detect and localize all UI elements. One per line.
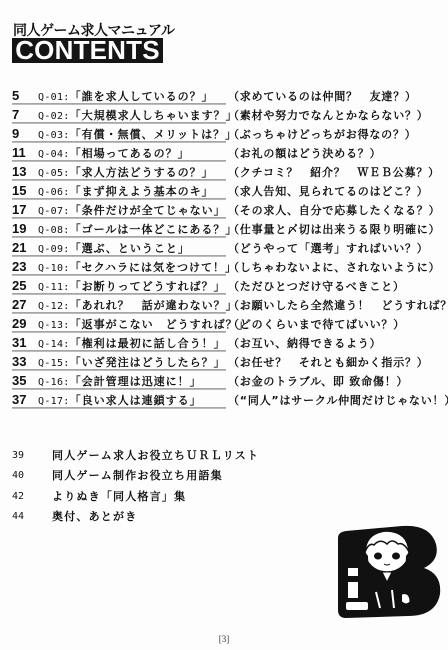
question-title: 「求人方法どうするの？」 [70, 166, 214, 179]
toc-entry[interactable]: 13 Q-05:「求人方法どうするの？」 （クチコミ？ 紹介？ ＷＥＢ公募？） [0, 164, 448, 183]
page-number: 23 [12, 259, 26, 275]
question-description: （素材や努力でなんとかならない？） [228, 108, 429, 123]
question: Q-10:「セクハラには気をつけて！」 [38, 260, 237, 276]
page-number: 44 [12, 509, 24, 525]
page-number: 42 [12, 489, 24, 505]
page-number: 27 [12, 297, 26, 313]
question: Q-02:「大規模求人しちゃいます？」 [38, 108, 238, 124]
toc-entry[interactable]: 7 Q-02:「大規模求人しちゃいます？」 （素材や努力でなんとかならない？） [0, 107, 448, 126]
page-number: 29 [12, 316, 26, 332]
question-description: （お互い、納得できるよう） [228, 336, 381, 351]
question: Q-05:「求人方法どうするの？」 [38, 165, 214, 181]
question-description: （お任せ？ それとも細かく指示？） [228, 355, 429, 370]
question-description: （求人告知、見られてるのはどこ？） [228, 184, 429, 199]
page-number: 33 [12, 354, 26, 370]
page-number: 35 [12, 373, 26, 389]
page-number: 15 [12, 183, 26, 199]
toc-entry[interactable]: 35 Q-16:「会計管理は迅速に！」 （お金のトラブル、即 致命傷！） [0, 373, 448, 392]
toc-entry[interactable]: 17 Q-07:「条件だけが全てじゃない」 （その求人、自分で応募したくなる？） [0, 202, 448, 221]
question-id: Q-15: [38, 358, 70, 369]
question: Q-17:「良い求人は連鎖する」 [38, 393, 202, 409]
question-id: Q-12: [38, 301, 70, 312]
question: Q-07:「条件だけが全てじゃない」 [38, 203, 226, 219]
question-description: （“同人”はサークル仲間だけじゃない！） [228, 393, 448, 408]
question-title: 「良い求人は連鎖する」 [70, 394, 202, 407]
question-description: （しちゃわないよに、されないように） [228, 260, 440, 275]
question-description: （ただひとつだけ守るべきこと） [228, 279, 405, 294]
question-description: （求めているのは仲間？ 友達？） [228, 89, 417, 104]
question-id: Q-07: [38, 206, 70, 217]
page-number: 11 [12, 145, 26, 161]
question-id: Q-04: [38, 149, 70, 160]
question-id: Q-13: [38, 320, 70, 331]
question-id: Q-10: [38, 263, 70, 274]
question-title: 「相場ってあるの？」 [70, 147, 190, 160]
question-title: 「大規模求人しちゃいます？」 [70, 109, 238, 122]
question: Q-13:「返事がこない どうすれば？」 [38, 317, 250, 333]
toc-entry[interactable]: 31 Q-14:「権利は最初に話し合う！」 （お互い、納得できるよう） [0, 335, 448, 354]
page-number: 25 [12, 278, 26, 294]
question-id: Q-02: [38, 111, 70, 122]
question-title: 「ゴールは一体どこにある？」 [70, 223, 238, 236]
question-description: （どのくらいまで待てばいい？） [228, 317, 405, 332]
question-id: Q-17: [38, 396, 70, 407]
question: Q-12:「あれれ？ 話が違わない？」 [38, 298, 238, 314]
page-number: 13 [12, 164, 26, 180]
question-title: 「あれれ？ 話が違わない？」 [70, 299, 238, 312]
question-id: Q-11: [38, 282, 70, 293]
page-number: 21 [12, 240, 26, 256]
appendix-entry[interactable]: 42 よりぬき「同人格言」集 [0, 489, 448, 507]
toc-entry[interactable]: 29 Q-13:「返事がこない どうすれば？」 （どのくらいまで待てばいい？） [0, 316, 448, 335]
question-id: Q-14: [38, 339, 70, 350]
question-description: （仕事量と〆切は出来うる限り明確に） [228, 222, 440, 237]
question-description: （お願いしたら全然違う！ どうすれば？） [228, 298, 448, 313]
page-number: 7 [12, 107, 19, 123]
toc-entry[interactable]: 5 Q-01:「誰を求人しているの？」 （求めているのは仲間？ 友達？） [0, 88, 448, 107]
toc-entry[interactable]: 33 Q-15:「いざ発注はどうしたら？」 （お任せ？ それとも細かく指示？） [0, 354, 448, 373]
appendix-title: 同人ゲーム制作お役立ち用語集 [52, 468, 223, 484]
question-title: 「誰を求人しているの？」 [70, 90, 214, 103]
question-title: 「まず抑えよう基本のキ」 [70, 185, 214, 198]
question: Q-01:「誰を求人しているの？」 [38, 89, 214, 105]
question-description: （どうやって「選考」すればいい？） [228, 241, 429, 256]
question-title: 「セクハラには気をつけて！」 [70, 261, 237, 274]
question-description: （お礼の額はどう決める？） [228, 146, 381, 161]
question-title: 「いざ発注はどうしたら？」 [70, 356, 226, 369]
toc-entry[interactable]: 19 Q-08:「ゴールは一体どこにある？」 （仕事量と〆切は出来うる限り明確に… [0, 221, 448, 240]
question-description: （クチコミ？ 紹介？ ＷＥＢ公募？） [228, 165, 440, 180]
question-title: 「権利は最初に話し合う！」 [70, 337, 226, 350]
question: Q-14:「権利は最初に話し合う！」 [38, 336, 226, 352]
question-title: 「条件だけが全てじゃない」 [70, 204, 226, 217]
question-description: （ぶっちゃけどっちがお得なの？） [228, 127, 417, 142]
toc-entry[interactable]: 11 Q-04:「相場ってあるの？」 （お礼の額はどう決める？） [0, 145, 448, 164]
question: Q-11:「お断りってどうすれば？」 [38, 279, 226, 295]
chibi-character-with-letter-b-icon [332, 520, 444, 622]
question-title: 「返事がこない どうすれば？」 [70, 318, 250, 331]
toc-entry[interactable]: 25 Q-11:「お断りってどうすれば？」 （ただひとつだけ守るべきこと） [0, 278, 448, 297]
appendix-title: 奥付、あとがき [52, 509, 137, 525]
question-id: Q-16: [38, 377, 70, 388]
page-number: 19 [12, 221, 26, 237]
question-id: Q-09: [38, 244, 70, 255]
page-number: 17 [12, 202, 26, 218]
appendix-entry[interactable]: 40 同人ゲーム制作お役立ち用語集 [0, 468, 448, 486]
appendix-title: 同人ゲーム求人お役立ちＵＲＬリスト [52, 448, 259, 464]
question-title: 「有償・無償、メリットは？」 [70, 128, 238, 141]
page-number-footer: [3] [0, 634, 448, 644]
question-id: Q-08: [38, 225, 70, 236]
toc-entry[interactable]: 15 Q-06:「まず抑えよう基本のキ」 （求人告知、見られてるのはどこ？） [0, 183, 448, 202]
question: Q-03:「有償・無償、メリットは？」 [38, 127, 237, 143]
toc-entry[interactable]: 37 Q-17:「良い求人は連鎖する」 （“同人”はサークル仲間だけじゃない！） [0, 392, 448, 411]
question-id: Q-05: [38, 168, 70, 179]
question-id: Q-06: [38, 187, 70, 198]
page-number: 31 [12, 335, 26, 351]
question-description: （お金のトラブル、即 致命傷！） [228, 374, 408, 389]
toc-entry[interactable]: 27 Q-12:「あれれ？ 話が違わない？」 （お願いしたら全然違う！ どうすれ… [0, 297, 448, 316]
appendix-entry[interactable]: 39 同人ゲーム求人お役立ちＵＲＬリスト [0, 448, 448, 466]
toc-entry[interactable]: 21 Q-09:「選ぶ、ということ」 （どうやって「選考」すればいい？） [0, 240, 448, 259]
page-number: 9 [12, 126, 19, 142]
page-number: 5 [12, 88, 19, 104]
question-description: （その求人、自分で応募したくなる？） [228, 203, 440, 218]
toc-entry[interactable]: 23 Q-10:「セクハラには気をつけて！」 （しちゃわないよに、されないように… [0, 259, 448, 278]
question-id: Q-01: [38, 92, 70, 103]
question: Q-06:「まず抑えよう基本のキ」 [38, 184, 214, 200]
question: Q-16:「会計管理は迅速に！」 [38, 374, 202, 390]
page-number: 37 [12, 392, 26, 408]
contents-title: CONTENTS [12, 38, 163, 63]
page-number: 40 [12, 468, 24, 484]
appendix-title: よりぬき「同人格言」集 [52, 489, 186, 505]
question-id: Q-03: [38, 130, 70, 141]
question: Q-15:「いざ発注はどうしたら？」 [38, 355, 226, 371]
question-title: 「会計管理は迅速に！」 [70, 375, 202, 388]
page-number: 39 [12, 448, 24, 464]
question-title: 「お断りってどうすれば？」 [70, 280, 226, 293]
question-title: 「選ぶ、ということ」 [70, 242, 190, 255]
book-subtitle: 同人ゲーム求人マニュアル [13, 20, 174, 40]
question: Q-09:「選ぶ、ということ」 [38, 241, 190, 257]
question: Q-04:「相場ってあるの？」 [38, 146, 190, 162]
question: Q-08:「ゴールは一体どこにある？」 [38, 222, 237, 238]
toc-entry[interactable]: 9 Q-03:「有償・無償、メリットは？」 （ぶっちゃけどっちがお得なの？） [0, 126, 448, 145]
